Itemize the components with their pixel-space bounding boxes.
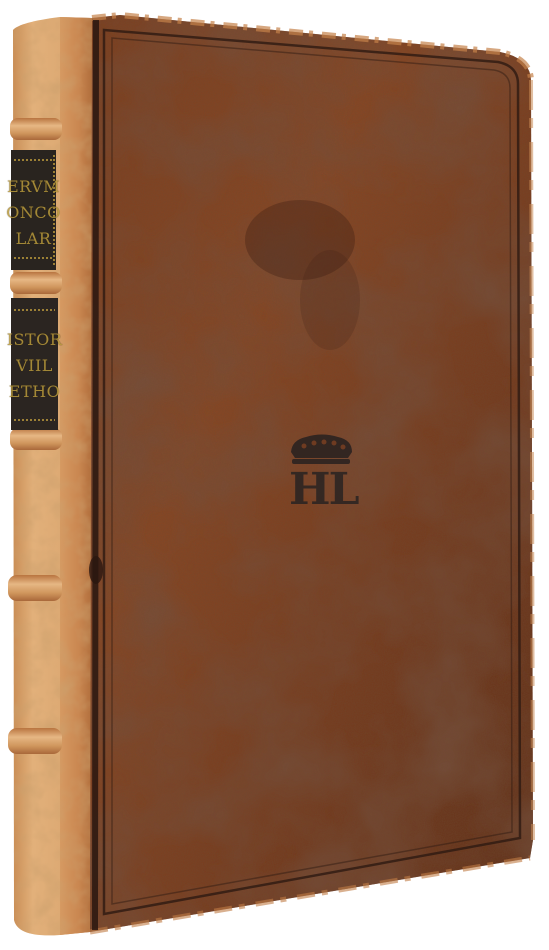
book-illustration bbox=[0, 0, 549, 950]
spine-label-1: ERVM ONCO LAR bbox=[11, 170, 56, 255]
spine-label-1-line-1: ERVM bbox=[7, 179, 60, 195]
spine-label-1-line-2: ONCO bbox=[6, 205, 60, 221]
spine bbox=[0, 0, 100, 950]
spine-label-2-line-2: VIIL bbox=[16, 358, 53, 374]
spine-label-1-line-3: LAR bbox=[16, 231, 52, 247]
cover-monogram: HL bbox=[287, 438, 365, 516]
spine-label-2: ISTOR VIIL ETHO bbox=[11, 320, 58, 412]
spine-label-2-line-1: ISTOR bbox=[7, 332, 63, 348]
book: ERVM ONCO LAR ISTOR VIIL ETHO HL bbox=[0, 0, 549, 950]
monogram-letters: HL bbox=[289, 468, 358, 512]
spine-label-2-line-3: ETHO bbox=[9, 384, 60, 400]
